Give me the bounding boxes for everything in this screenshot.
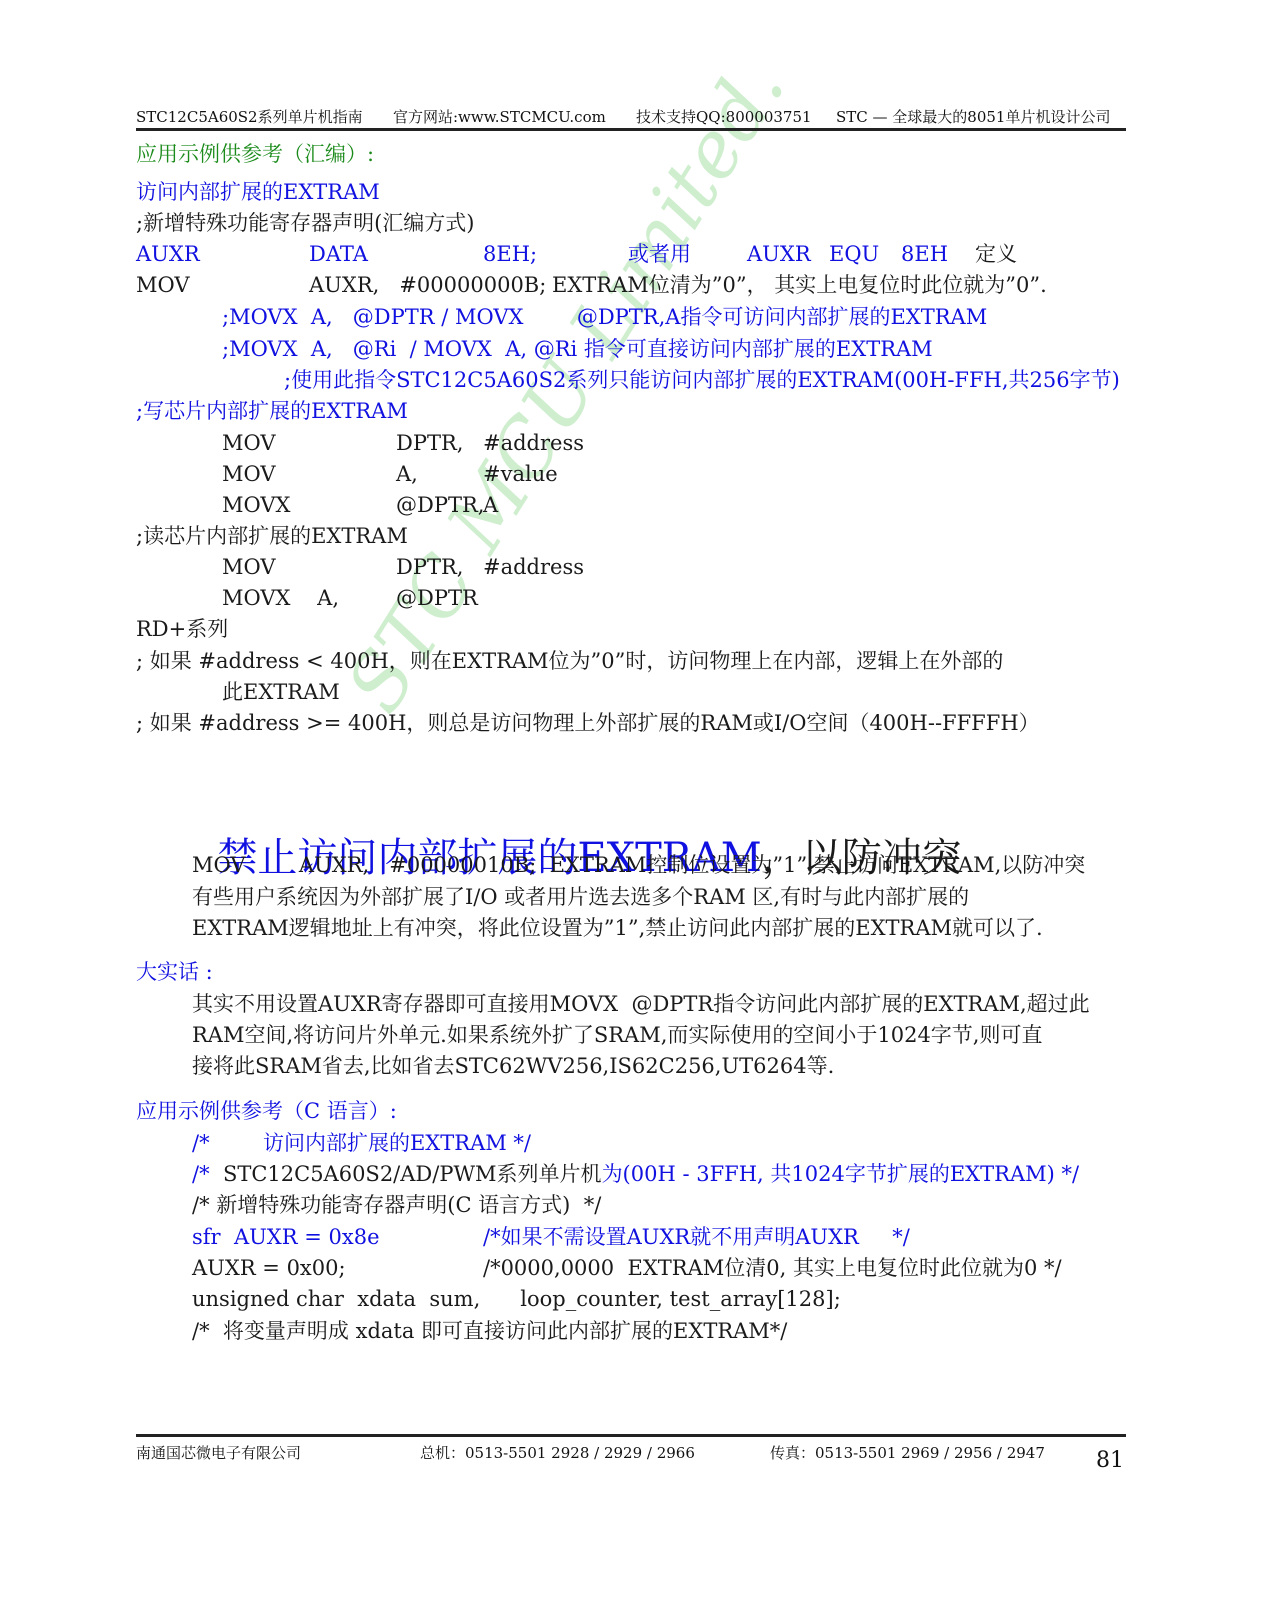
code-op: MOV [222,430,276,456]
auxr-assign: AUXR = 0x00; [192,1255,346,1281]
code-arg1: @DPTR, [396,492,484,518]
comment-open: /* [192,1162,223,1186]
code-arg1: DPTR, [396,554,463,580]
mov-comment: EXTRAM位清为”0”， 其实上电复位时此位就为”0”. [552,272,1047,298]
truth-para-2: RAM空间,将访问片外单元.如果系统外扩了SRAM,而实际使用的空间小于1024… [192,1022,1043,1048]
c-heading: 应用示例供参考（C 语言）: [136,1098,397,1124]
c-line-3: /* 新增特殊功能寄存器声明(C 语言方式) */ [192,1192,601,1218]
c-line-7: /* 将变量声明成 xdata 即可直接访问此内部扩展的EXTRAM*/ [192,1318,787,1344]
code-op: MOV [222,554,276,580]
page-number: 81 [1096,1448,1124,1473]
range-text: 为(00H - 3FFH, 共1024字节扩展的EXTRAM) */ [602,1162,1080,1186]
c-line-2: /* STC12C5A60S2/AD/PWM系列单片机为(00H - 3FFH,… [192,1161,1079,1187]
disable-mov-line: MOV AUXR, #00000010B; EXTRAM控制位设置为”1”,禁止… [192,852,1085,878]
write-comment: ;写芯片内部扩展的EXTRAM [136,398,408,424]
note-range: ;使用此指令STC12C5A60S2系列只能访问内部扩展的EXTRAM(00H-… [284,367,1120,393]
code-op: MOV [222,461,276,487]
asm-subheading: 访问内部扩展的EXTRAM [136,179,380,205]
alt-auxr-name: AUXR [747,241,811,267]
disable-para-2: EXTRAM逻辑地址上有冲突，将此位设置为”1”,禁止访问此内部扩展的EXTRA… [192,915,1043,941]
mov-op: MOV [136,272,190,298]
rd-note-1-cont: 此EXTRAM [222,679,340,705]
header-rule [136,128,1126,131]
header-guide: STC12C5A60S2系列单片机指南 [136,106,363,127]
auxr-name: AUXR [136,241,200,267]
alt-value: 8EH [901,241,948,267]
code-arg1: @DPTR [396,585,478,611]
truth-para-3: 接将此SRAM省去,比如省去STC62WV256,IS62C256,UT6264… [192,1053,834,1079]
header-support: 技术支持QQ:800003751 [636,106,812,127]
code-op: MOVX A, [222,585,339,611]
note-movx-ri: ;MOVX A, @Ri / MOVX A, @Ri 指令可直接访问内部扩展的E… [222,336,933,362]
footer-rule [136,1434,1126,1437]
sfr-comment: /*如果不需设置AUXR就不用声明AUXR */ [483,1224,910,1250]
code-arg2: #value [483,461,558,487]
asm-heading: 应用示例供参考（汇编）: [136,141,374,167]
footer-company: 南通国芯微电子有限公司 [136,1442,301,1463]
note-movx-dptr: ;MOVX A, @DPTR / MOVX @DPTR,A指令可访问内部扩展的E… [222,304,987,330]
auxr-value: 8EH; [483,241,537,267]
alt-label: 或者用 [628,241,691,267]
code-arg2: #address [483,554,584,580]
code-arg1: DPTR, [396,430,463,456]
mov-operands: AUXR, #00000000B; [309,272,546,298]
rd-note-2: ; 如果 #address >= 400H，则总是访问物理上外部扩展的RAM或I… [136,710,1040,736]
disable-para-1: 有些用户系统因为外部扩展了I/O 或者用片选去选多个RAM 区,有时与此内部扩展… [192,884,969,910]
code-arg1: A, [396,461,418,487]
footer-phone: 总机：0513-5501 2928 / 2929 / 2966 [420,1442,695,1463]
series-name: STC12C5A60S2/AD/PWM系列单片机 [223,1162,602,1186]
asm-sfr-comment: ;新增特殊功能寄存器声明(汇编方式) [136,210,474,236]
code-arg2: #address [483,430,584,456]
c-line-1: /* 访问内部扩展的EXTRAM */ [192,1130,531,1156]
read-comment: ;读芯片内部扩展的EXTRAM [136,523,408,549]
auxr-assign-comment: /*0000,0000 EXTRAM位清0, 其实上电复位时此位就为0 */ [483,1255,1062,1281]
truth-heading: 大实话 : [136,959,213,985]
rd-series-label: RD+系列 [136,616,228,642]
equ-directive: EQU [829,241,879,267]
code-arg2: A [483,492,498,518]
code-op: MOVX [222,492,290,518]
header-slogan: STC — 全球最大的8051单片机设计公司 [836,106,1110,127]
c-line-6: unsigned char xdata sum, loop_counter, t… [192,1286,841,1312]
define-label: 定义 [975,241,1017,267]
data-directive: DATA [309,241,368,267]
footer-fax: 传真：0513-5501 2969 / 2956 / 2947 [770,1442,1045,1463]
header-website: 官方网站:www.STCMCU.com [393,106,606,127]
sfr-decl: sfr AUXR = 0x8e [192,1224,380,1250]
rd-note-1: ; 如果 #address < 400H，则在EXTRAM位为”0”时，访问物理… [136,648,1003,674]
truth-para-1: 其实不用设置AUXR寄存器即可直接用MOVX @DPTR指令访问此内部扩展的EX… [192,991,1090,1017]
